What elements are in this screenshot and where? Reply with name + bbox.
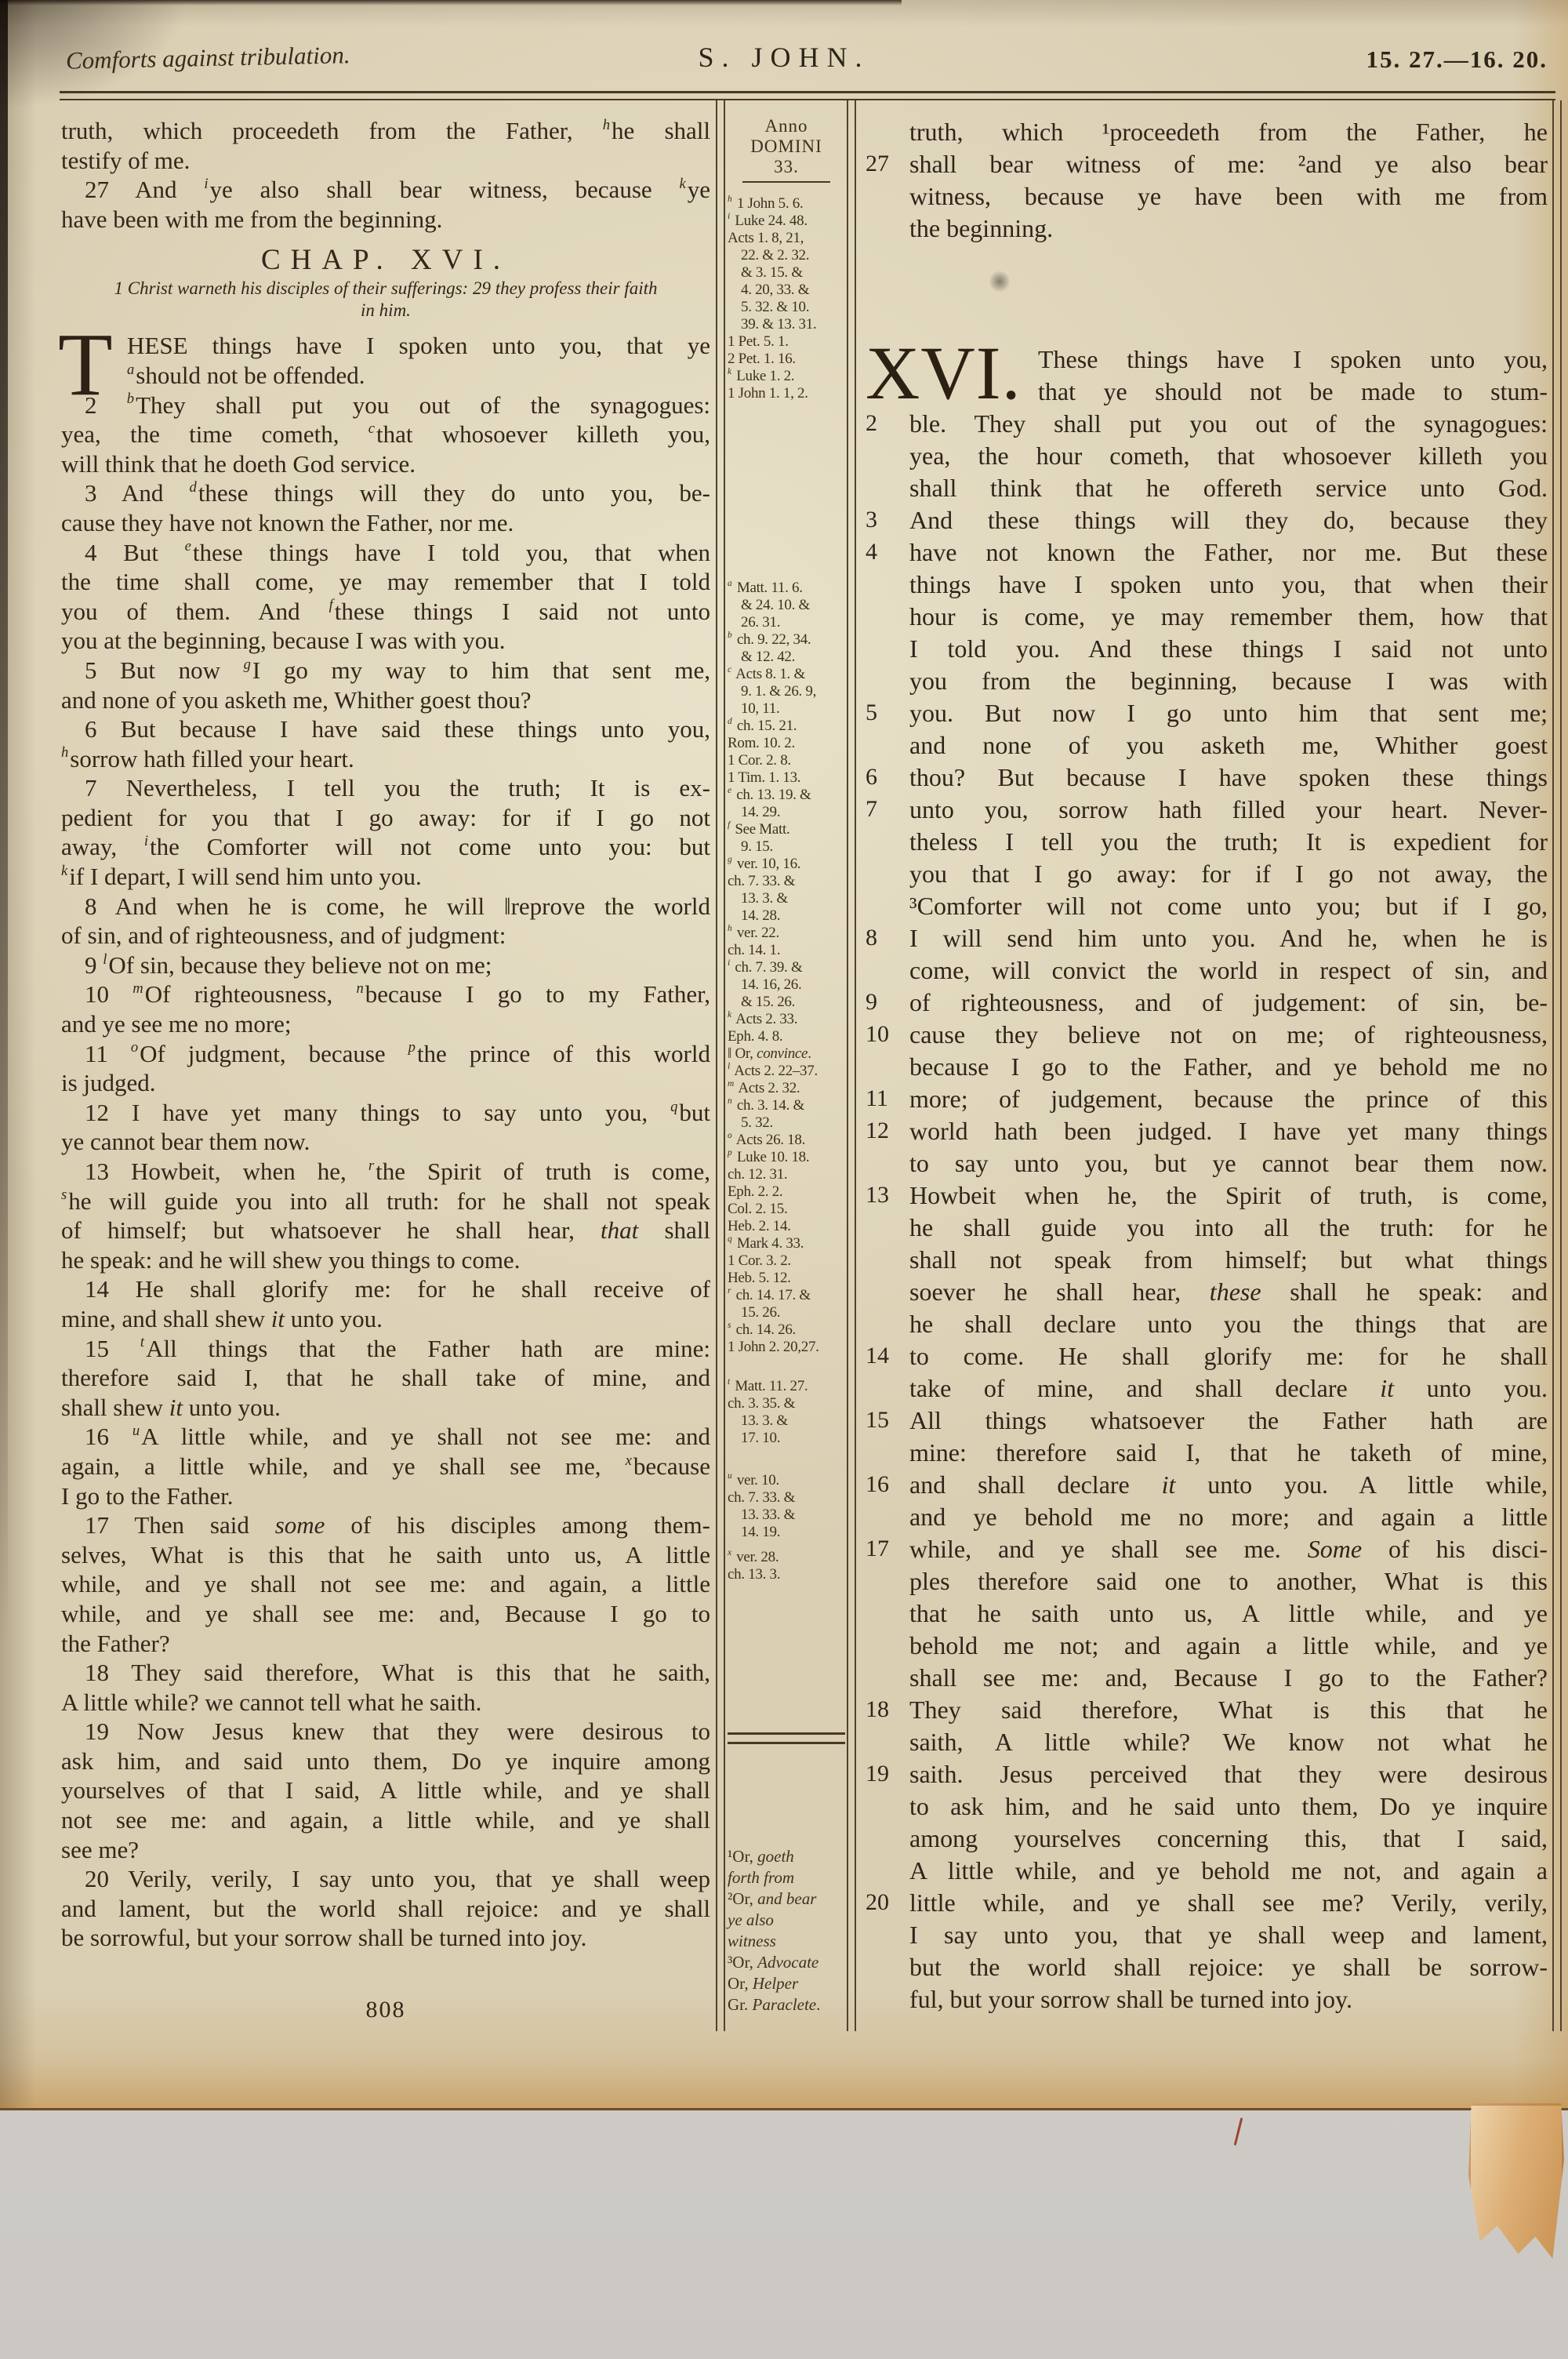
text-line: These things have I spoken unto you, [864,343,1548,376]
text-line: 13Howbeit when he, the Spirit of truth, … [864,1179,1548,1212]
reference-line: & 24. 10. & [728,597,845,614]
reference-line: 4. 20, 33. & [728,282,845,299]
section-gap [864,245,1548,343]
text-line: come, will convict the world in respect … [864,954,1548,987]
text-line: 4 But ethese things have I told you, tha… [61,538,710,568]
reference-line: 1 Cor. 2. 8. [728,752,845,769]
text-line: you of them. And fthese things I said no… [61,597,710,627]
verse-number: 9 [866,987,906,1019]
reference-line: f See Matt. [728,821,845,838]
reference-line: & 3. 15. & [728,264,845,282]
reference-line: Rom. 10. 2. [728,735,845,752]
reference-line: t Matt. 11. 27. [728,1378,845,1395]
marginal-footnotes: ¹Or, goethforth from²Or, and bearye also… [728,1846,845,2016]
text-line: and ye behold me no more; and again a li… [864,1501,1548,1533]
rv-column: truth, which ¹proceedeth from the Father… [864,116,1548,2016]
text-line: shall think that he offereth service unt… [864,472,1548,504]
reference-line: 1 John 1. 1, 2. [728,385,845,402]
text-line: I say unto you, that ye shall weep and l… [864,1919,1548,1951]
reference-line: ch. 7. 33. & [728,873,845,890]
text-line: 3 And dthese things will they do unto yo… [61,478,710,508]
reference-line: 14. 29. [728,804,845,821]
text-line: shall shew it unto you. [61,1393,710,1423]
text-line: ye cannot bear them now. [61,1127,710,1157]
reference-line: i Luke 24. 48. [728,213,845,230]
reference-line: Acts 1. 8, 21, [728,230,845,247]
text-line: will think that he doeth God service. [61,449,710,479]
text-line: while, and ye shall see me: and, Because… [61,1599,710,1629]
text-line: shall see me: and, Because I go to the F… [864,1662,1548,1694]
text-line: 11 oOf judgment, because pthe prince of … [61,1039,710,1069]
text-line: 16and shall declare it unto you. A littl… [864,1469,1548,1501]
text-line: but the world shall rejoice: ye shall be… [864,1951,1548,1983]
reference-line: 14. 28. [728,907,845,925]
text-line: 4have not known the Father, nor me. But … [864,536,1548,569]
text-line: truth, which ¹proceedeth from the Father… [864,116,1548,148]
footnote-line: forth from [728,1867,845,1888]
text-line: 15 tAll things that the Father hath are … [61,1334,710,1364]
reference-line: d ch. 15. 21. [728,718,845,735]
text-line: 7unto you, sorrow hath filled your heart… [864,794,1548,826]
verse-number: 2 [866,408,906,440]
reference-line: i ch. 7. 39. & [728,959,845,976]
reference-line: Heb. 2. 14. [728,1218,845,1235]
text-line: ples therefore said one to another, What… [864,1565,1548,1598]
verse-number: 4 [866,536,906,569]
verse-number: 11 [866,1083,906,1115]
text-line: 5you. But now I go unto him that sent me… [864,697,1548,729]
text-line: kif I depart, I will send him unto you. [61,862,710,892]
text-line: take of mine, and shall declare it unto … [864,1372,1548,1405]
text-line: 9of righteousness, and of judgement: of … [864,987,1548,1019]
text-line: witness, because ye have been with me fr… [864,180,1548,213]
text-line: 15All things whatsoever the Father hath … [864,1405,1548,1437]
reference-line: 13. 33. & [728,1507,845,1524]
reference-line: m Acts 2. 32. [728,1080,845,1097]
verse-number: 3 [866,504,906,536]
reference-line: ch. 7. 33. & [728,1489,845,1507]
text-line: yea, the hour cometh, that whosoever kil… [864,440,1548,472]
text-line: 6 But because I have said these things u… [61,714,710,744]
footnote-line: witness [728,1931,845,1952]
reference-line: 13. 3. & [728,1412,845,1430]
pen-mark [1234,2117,1243,2146]
text-line: 20little while, and ye shall see me? Ver… [864,1887,1548,1919]
text-line: yea, the time cometh, cthat whosoever ki… [61,420,710,449]
text-line: HESE things have I spoken unto you, that… [61,331,710,361]
rv-chapter15-end: truth, which ¹proceedeth from the Father… [864,116,1548,245]
reference-line: & 15. 26. [728,994,845,1011]
text-line: to ask him, and he said unto them, Do ye… [864,1790,1548,1823]
text-line: 8I will send him unto you. And he, when … [864,922,1548,954]
anno-line: Anno [728,116,845,136]
reference-line: 2 Pet. 1. 16. [728,351,845,368]
reference-line: u ver. 10. [728,1472,845,1489]
text-line: selves, What is this that he saith unto … [61,1540,710,1570]
cross-references: h 1 John 5. 6.i Luke 24. 48.Acts 1. 8, 2… [728,195,845,1583]
reference-line: 5. 32. [728,1114,845,1132]
reference-line: e ch. 13. 19. & [728,787,845,804]
text-line: 19 Now Jesus knew that they were desirou… [61,1717,710,1747]
text-line: away, ithe Comforter will not come unto … [61,832,710,862]
text-line: to say unto you, but ye cannot bear them… [864,1147,1548,1179]
text-line: testify of me. [61,146,710,176]
kjv-column: truth, which proceedeth from the Father,… [61,116,710,1953]
reference-line: r ch. 14. 17. & [728,1287,845,1304]
reference-line: & 12. 42. [728,649,845,666]
text-line: and none of you asketh me, Whither goest [864,729,1548,761]
footnote-line: ye also [728,1910,845,1931]
reference-line: b ch. 9. 22, 34. [728,631,845,649]
reference-line: ch. 14. 1. [728,942,845,959]
kjv-chapter15-end: truth, which proceedeth from the Father,… [61,116,710,234]
text-line: pedient for you that I go away: for if I… [61,803,710,833]
column-rule [1552,100,1562,2031]
text-line: he shall guide you into all the truth: f… [864,1212,1548,1244]
verse-number: 16 [866,1469,906,1501]
text-line: behold me not; and again a little while,… [864,1630,1548,1662]
annotations-column: Anno DOMINI 33. h 1 John 5. 6.i Luke 24.… [728,116,845,2016]
text-line: 2 bThey shall put you out of the synagog… [61,391,710,420]
text-line: 13 Howbeit, when he, rthe Spirit of trut… [61,1157,710,1187]
reference-line: o Acts 26. 18. [728,1132,845,1149]
text-line: of himself; but whatsoever he shall hear… [61,1216,710,1245]
reference-line: 14. 19. [728,1524,845,1541]
text-line: ³Comforter will not come unto you; but i… [864,890,1548,922]
text-line: because I go to the Father, and ye behol… [864,1051,1548,1083]
text-line: you at the beginning, because I was with… [61,626,710,656]
reference-line: n ch. 3. 14. & [728,1097,845,1114]
reference-line: ch. 3. 35. & [728,1395,845,1412]
text-line: 8 And when he is come, he will ‖reprove … [61,892,710,921]
reference-line: 9. 1. & 26. 9, [728,683,845,700]
text-line: 17while, and ye shall see me. Some of hi… [864,1533,1548,1565]
text-line: therefore said I, that he shall take of … [61,1363,710,1393]
reference-group: u ver. 10.ch. 7. 33. &13. 33. &14. 19. [728,1472,845,1541]
reference-line: Eph. 2. 2. [728,1183,845,1201]
anno-rule [742,181,830,183]
text-line: of sin, and of righteousness, and of jud… [61,921,710,951]
text-line: 14 He shall glorify me: for he shall rec… [61,1274,710,1304]
reference-group: x ver. 28.ch. 13. 3. [728,1549,845,1583]
argument-line: 1 Christ warneth his disciples of their … [61,278,710,300]
footnote-line: ²Or, and bear [728,1888,845,1910]
verse-number: 14 [866,1340,906,1372]
text-line: ask him, and said unto them, Do ye inqui… [61,1747,710,1776]
text-line: and lament, but the world shall rejoice:… [61,1894,710,1924]
bookmark-ribbon [1468,2103,1564,2260]
reference-line: 1 John 2. 20,27. [728,1339,845,1356]
argument-line: in him. [61,300,710,322]
text-line: and ye see me no more; [61,1009,710,1039]
text-line: ful, but your sorrow shall be turned int… [864,1983,1548,2016]
text-line: I go to the Father. [61,1481,710,1511]
text-line: hour is come, ye may remember them, how … [864,601,1548,633]
chapter-argument: 1 Christ warneth his disciples of their … [61,278,710,322]
reference-line: s ch. 14. 26. [728,1321,845,1339]
text-line: theless I tell you the truth; It is expe… [864,826,1548,858]
reference-line: q Mark 4. 33. [728,1235,845,1252]
kjv-chapter16-text: T HESE things have I spoken unto you, th… [61,331,710,1953]
reference-line: p Luke 10. 18. [728,1149,845,1166]
reference-line: ‖ Or, convince. [728,1045,845,1063]
reference-line: h 1 John 5. 6. [728,195,845,213]
verse-number: 7 [866,794,906,826]
text-line: among yourselves concerning this, that I… [864,1823,1548,1855]
reference-line: 1 Cor. 3. 2. [728,1252,845,1270]
reference-line: 9. 15. [728,838,845,856]
text-line: 19saith. Jesus perceived that they were … [864,1758,1548,1790]
text-line: he speak: and he will shew you things to… [61,1245,710,1275]
text-line: mine: therefore said I, that he taketh o… [864,1437,1548,1469]
verse-number: 17 [866,1533,906,1565]
text-line: have been with me from the beginning. [61,205,710,234]
anno-line: 33. [728,157,845,177]
text-line: 9 lOf sin, because they believe not on m… [61,951,710,980]
footnote-line: ³Or, Advocate [728,1952,845,1973]
text-line: I told you. And these things I said not … [864,633,1548,665]
verse-number: 5 [866,697,906,729]
text-line: and none of you asketh me, Whither goest… [61,685,710,715]
text-line: that ye should not be made to stum- [864,376,1548,408]
reference-divider [728,1732,845,1744]
page-number: 808 [61,1997,710,2023]
verse-number: 12 [866,1115,906,1147]
text-line: mine, and shall shew it unto you. [61,1304,710,1334]
text-line: yourselves of that I said, A little whil… [61,1776,710,1805]
reference-group: t Matt. 11. 27.ch. 3. 35. &13. 3. &17. 1… [728,1378,845,1447]
reference-line: 22. & 2. 32. [728,247,845,264]
text-line: you that I go away: for if I go not away… [864,858,1548,890]
text-line: 27 And iye also shall bear witness, beca… [61,175,710,205]
text-line: ashould not be offended. [61,361,710,391]
text-line: 20 Verily, verily, I say unto you, that … [61,1864,710,1894]
footnote-line: ¹Or, goeth [728,1846,845,1867]
text-line: 10 mOf righteousness, nbecause I go to m… [61,980,710,1009]
reference-line: 5. 32. & 10. [728,299,845,316]
text-line: is judged. [61,1068,710,1098]
text-line: 3And these things will they do, because … [864,504,1548,536]
rv-chapter16-text: XVI. These things have I spoken unto you… [864,343,1548,2016]
footnote-line: Or, Helper [728,1973,845,1994]
verse-number: 18 [866,1694,906,1726]
footnote-line: Gr. Paraclete. [728,1994,845,2016]
book-title: S. JOHN. [0,41,1568,74]
text-line: 12 I have yet many things to say unto yo… [61,1098,710,1128]
text-line: things have I spoken unto you, that when… [864,569,1548,601]
text-line: while, and ye shall not see me: and agai… [61,1569,710,1599]
text-line: that he saith unto us, A little while, a… [864,1598,1548,1630]
text-line: 12world hath been judged. I have yet man… [864,1115,1548,1147]
reference-line: a Matt. 11. 6. [728,580,845,597]
reference-line: 15. 26. [728,1304,845,1321]
drop-cap-t: T [58,333,113,396]
verse-number: 19 [866,1758,906,1790]
reference-line: 26. 31. [728,614,845,631]
text-line: 6thou? But because I have spoken these t… [864,761,1548,794]
reference-line: l Acts 2. 22–37. [728,1063,845,1080]
reference-line: Heb. 5. 12. [728,1270,845,1287]
text-line: 18 They said therefore, What is this tha… [61,1658,710,1688]
reference-line: 17. 10. [728,1430,845,1447]
verse-number: 13 [866,1179,906,1212]
text-line: 18They said therefore, What is this that… [864,1694,1548,1726]
column-rule [847,100,856,2031]
reference-line: 1 Pet. 5. 1. [728,333,845,351]
reference-line: x ver. 28. [728,1549,845,1566]
text-line: he shall declare unto you the things tha… [864,1308,1548,1340]
anno-domini: Anno DOMINI 33. [728,116,845,177]
book-page: Comforts against tribulation. S. JOHN. 1… [0,0,1568,2110]
reference-line: h ver. 22. [728,925,845,942]
reference-line: Eph. 4. 8. [728,1028,845,1045]
reference-line: ch. 12. 31. [728,1166,845,1183]
verse-number: 10 [866,1019,906,1051]
text-line: the time shall come, ye may remember tha… [61,567,710,597]
text-line: shall not speak from himself; but what t… [864,1244,1548,1276]
text-line: 10cause they believe not on me; of right… [864,1019,1548,1051]
column-rule [716,100,725,2031]
text-line: see me? [61,1835,710,1865]
reference-line: 14. 16, 26. [728,976,845,994]
reference-line: k Acts 2. 33. [728,1011,845,1028]
verse-number: 27 [866,148,906,180]
text-line: 2ble. They shall put you out of the syna… [864,408,1548,440]
text-line: 14to come. He shall glorify me: for he s… [864,1340,1548,1372]
text-line: be sorrowful, but your sorrow shall be t… [61,1923,710,1953]
text-line: not see me: and again, a little while, a… [61,1805,710,1835]
text-line: 27shall bear witness of me: ²and ye also… [864,148,1548,180]
text-line: the beginning. [864,213,1548,245]
reference-line: 10, 11. [728,700,845,718]
anno-line: DOMINI [728,136,845,157]
reference-line: k Luke 1. 2. [728,368,845,385]
reference-group: h 1 John 5. 6.i Luke 24. 48.Acts 1. 8, 2… [728,195,845,402]
text-line: the Father? [61,1629,710,1659]
text-line: truth, which proceedeth from the Father,… [61,116,710,146]
reference-line: ch. 13. 3. [728,1566,845,1583]
text-line: saith, A little while? We know not what … [864,1726,1548,1758]
header-rule [60,91,1555,100]
text-line: 16 uA little while, and ye shall not see… [61,1422,710,1452]
text-line: A little while, and ye behold me not, an… [864,1855,1548,1887]
text-line: 5 But now gI go my way to him that sent … [61,656,710,685]
text-line: 17 Then said some of his disciples among… [61,1510,710,1540]
verse-range: 15. 27.—16. 20. [1367,45,1548,74]
page-top-edge [0,0,902,5]
text-line: 11more; of judgement, because the prince… [864,1083,1548,1115]
text-line: she will guide you into all truth: for h… [61,1187,710,1216]
reference-line: 1 Tim. 1. 13. [728,769,845,787]
reference-line: Col. 2. 15. [728,1201,845,1218]
verse-number: 15 [866,1405,906,1437]
reference-line: c Acts 8. 1. & [728,666,845,683]
verse-number: 8 [866,922,906,954]
page-left-edge [0,0,8,1647]
reference-line: g ver. 10, 16. [728,856,845,873]
chapter-heading: CHAP. XVI. [61,243,710,278]
reference-line: 39. & 13. 31. [728,316,845,333]
text-line: cause they have not known the Father, no… [61,508,710,538]
text-line: again, a little while, and ye shall see … [61,1452,710,1481]
text-line: soever he shall hear, these shall he spe… [864,1276,1548,1308]
reference-line: 13. 3. & [728,890,845,907]
reference-group: a Matt. 11. 6.& 24. 10. &26. 31.b ch. 9.… [728,580,845,1356]
text-line: hsorrow hath filled your heart. [61,744,710,774]
verse-number: 6 [866,761,906,794]
text-line: you from the beginning, because I was wi… [864,665,1548,697]
text-line: 7 Nevertheless, I tell you the truth; It… [61,773,710,803]
verse-number: 20 [866,1887,906,1919]
text-line: A little while? we cannot tell what he s… [61,1688,710,1717]
